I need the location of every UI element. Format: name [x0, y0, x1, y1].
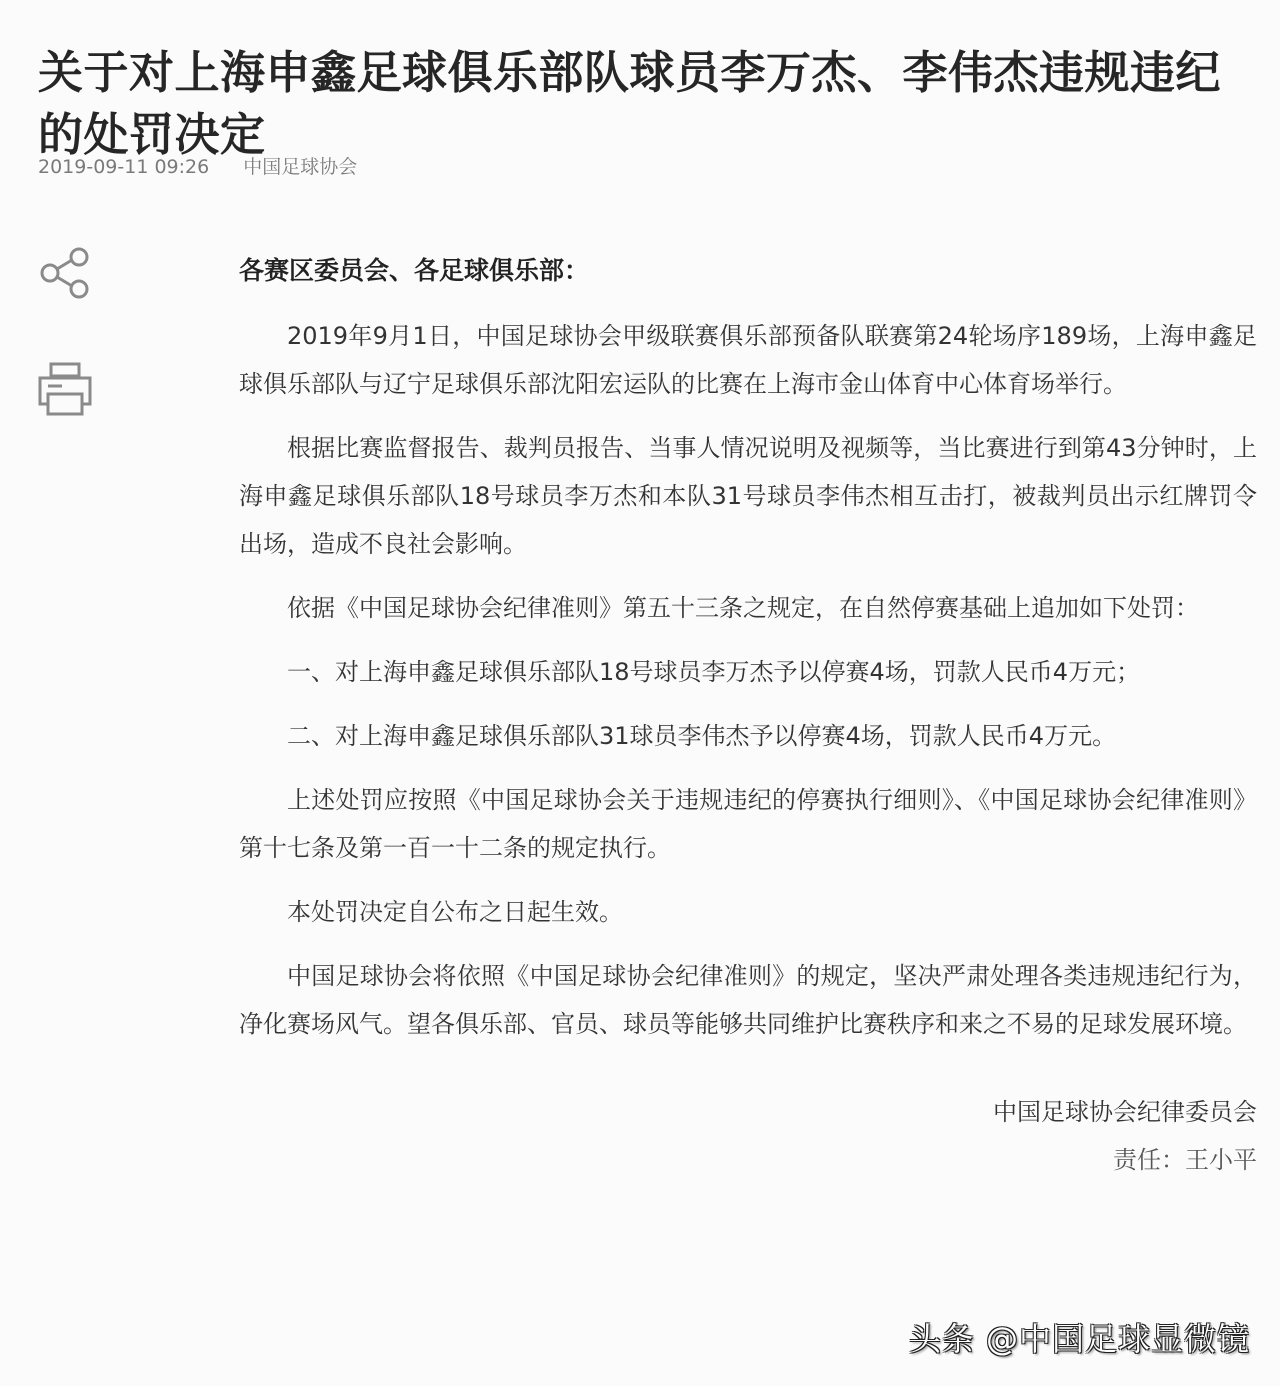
- editor-credit: 责任：王小平: [239, 1136, 1257, 1184]
- salutation: 各赛区委员会、各足球俱乐部：: [239, 246, 1257, 296]
- share-button[interactable]: [36, 244, 94, 302]
- article-source[interactable]: 中国足球协会: [243, 156, 357, 178]
- paragraph: 2019年9月1日，中国足球协会甲级联赛俱乐部预备队联赛第24轮场序189场，上…: [239, 312, 1257, 408]
- print-icon: [36, 360, 94, 418]
- article-title: 关于对上海申鑫足球俱乐部队球员李万杰、李伟杰违规违纪的处罚决定: [38, 42, 1258, 166]
- print-button[interactable]: [36, 360, 94, 418]
- article-meta: 2019-09-11 09:26 中国足球协会: [38, 152, 357, 179]
- paragraph: 本处罚决定自公布之日起生效。: [239, 888, 1257, 936]
- publish-datetime: 2019-09-11 09:26: [38, 156, 209, 178]
- penalty-item-1: 一、对上海申鑫足球俱乐部队18号球员李万杰予以停赛4场，罚款人民币4万元；: [239, 648, 1257, 696]
- watermark: 头条 @中国足球显微镜: [909, 1314, 1250, 1360]
- paragraph: 根据比赛监督报告、裁判员报告、当事人情况说明及视频等，当比赛进行到第43分钟时，…: [239, 424, 1257, 568]
- paragraph: 上述处罚应按照《中国足球协会关于违规违纪的停赛执行细则》、《中国足球协会纪律准则…: [239, 776, 1257, 872]
- signature: 中国足球协会纪律委员会: [239, 1088, 1257, 1136]
- share-icon: [37, 245, 93, 301]
- paragraph: 中国足球协会将依照《中国足球协会纪律准则》的规定，坚决严肃处理各类违规违纪行为，…: [239, 952, 1257, 1048]
- penalty-item-2: 二、对上海申鑫足球俱乐部队31球员李伟杰予以停赛4场，罚款人民币4万元。: [239, 712, 1257, 760]
- paragraph: 依据《中国足球协会纪律准则》第五十三条之规定，在自然停赛基础上追加如下处罚：: [239, 584, 1257, 632]
- article-body: 各赛区委员会、各足球俱乐部： 2019年9月1日，中国足球协会甲级联赛俱乐部预备…: [239, 246, 1257, 1184]
